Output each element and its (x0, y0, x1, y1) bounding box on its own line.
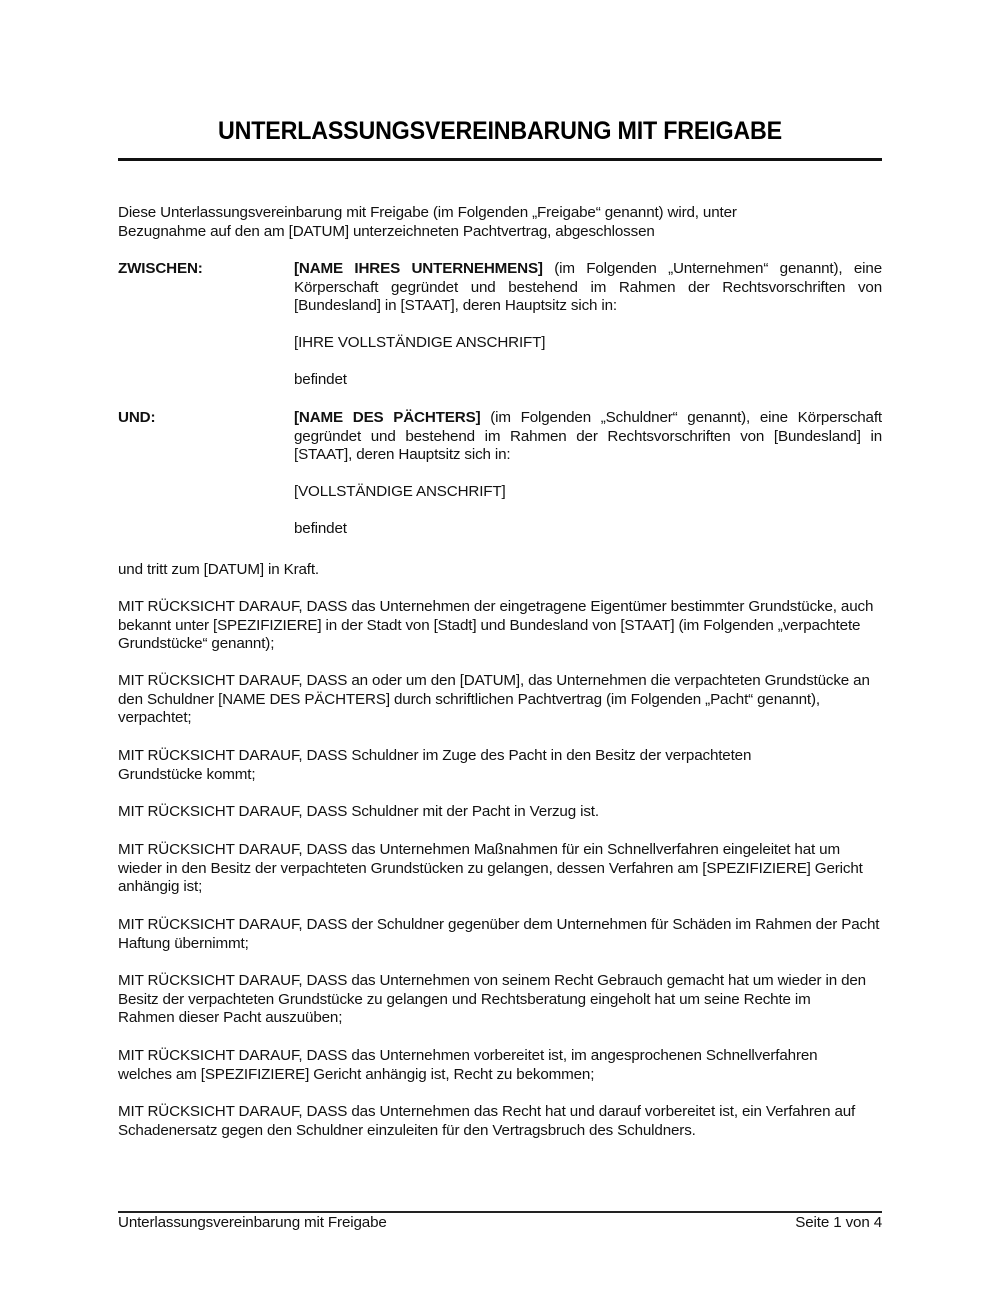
title-divider (118, 158, 882, 161)
recital-4: MIT RÜCKSICHT DARAUF, DASS Schuldner mit… (118, 803, 882, 822)
recital-8: MIT RÜCKSICHT DARAUF, DASS das Unternehm… (118, 1047, 838, 1084)
intro-paragraph: Diese Unterlassungsvereinbarung mit Frei… (118, 204, 818, 241)
recital-2: MIT RÜCKSICHT DARAUF, DASS an oder um de… (118, 672, 888, 728)
recital-7: MIT RÜCKSICHT DARAUF, DASS das Unternehm… (118, 972, 868, 1028)
party-name: [NAME DES PÄCHTERS] (294, 409, 481, 426)
party-located: befindet (294, 371, 882, 390)
footer-document-name: Unterlassungsvereinbarung mit Freigabe (118, 1214, 387, 1233)
party-description: [NAME DES PÄCHTERS] (im Folgenden „Schul… (294, 409, 882, 465)
party-body: [NAME IHRES UNTERNEHMENS] (im Folgenden … (294, 260, 882, 390)
recital-1: MIT RÜCKSICHT DARAUF, DASS das Unternehm… (118, 598, 882, 654)
party-address: [VOLLSTÄNDIGE ANSCHRIFT] (294, 483, 882, 502)
effective-date-paragraph: und tritt zum [DATUM] in Kraft. (118, 561, 882, 580)
document-title: UNTERLASSUNGSVEREINBARUNG MIT FREIGABE (145, 117, 856, 146)
party-located: befindet (294, 520, 882, 539)
party-body: [NAME DES PÄCHTERS] (im Folgenden „Schul… (294, 409, 882, 539)
recital-6: MIT RÜCKSICHT DARAUF, DASS der Schuldner… (118, 916, 888, 953)
party-description: [NAME IHRES UNTERNEHMENS] (im Folgenden … (294, 260, 882, 316)
recital-5: MIT RÜCKSICHT DARAUF, DASS das Unternehm… (118, 841, 868, 897)
recital-3: MIT RÜCKSICHT DARAUF, DASS Schuldner im … (118, 747, 838, 784)
recital-9: MIT RÜCKSICHT DARAUF, DASS das Unternehm… (118, 1103, 888, 1140)
party-name: [NAME IHRES UNTERNEHMENS] (294, 260, 543, 277)
party-label: ZWISCHEN: (118, 260, 203, 279)
party-label: UND: (118, 409, 155, 428)
footer-divider (118, 1211, 882, 1213)
footer-page-number: Seite 1 von 4 (795, 1214, 882, 1233)
party-address: [IHRE VOLLSTÄNDIGE ANSCHRIFT] (294, 334, 882, 353)
